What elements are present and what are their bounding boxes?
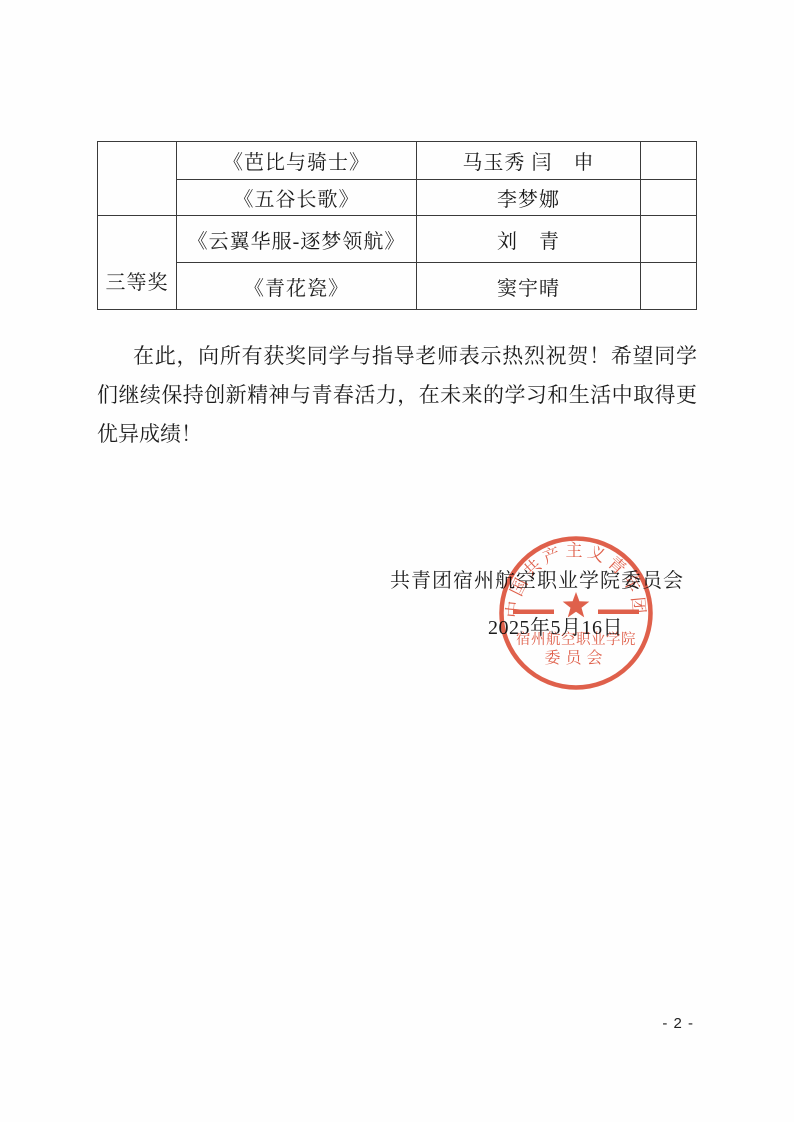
award-table: 《芭比与骑士》 马玉秀 闫 申 《五谷长歌》 李梦娜 三等奖 《云翼华服-逐梦领… bbox=[97, 141, 697, 310]
signature-date: 2025年5月16日 bbox=[488, 611, 623, 640]
table-row: 《芭比与骑士》 马玉秀 闫 申 bbox=[98, 142, 697, 180]
work-title-cell: 《芭比与骑士》 bbox=[177, 142, 417, 180]
empty-cell bbox=[641, 180, 697, 216]
work-title-cell: 《五谷长歌》 bbox=[177, 180, 417, 216]
paragraph-line: 在此，向所有获奖同学与指导老师表示热烈祝贺！希望同学 bbox=[97, 337, 697, 376]
participants-cell: 刘 青 bbox=[417, 216, 641, 263]
empty-cell bbox=[641, 263, 697, 310]
award-group-cell-top bbox=[98, 142, 177, 216]
paragraph-line: 优异成绩！ bbox=[97, 415, 697, 454]
table-row: 三等奖 《云翼华服-逐梦领航》 刘 青 bbox=[98, 216, 697, 263]
signature-organization: 共青团宿州航空职业学院委员会 bbox=[390, 564, 684, 593]
work-title-cell: 《青花瓷》 bbox=[177, 263, 417, 310]
work-title-cell: 《云翼华服-逐梦领航》 bbox=[177, 216, 417, 263]
page-number: - 2 - bbox=[662, 1015, 694, 1032]
paragraph-line: 们继续保持创新精神与青春活力，在未来的学习和生活中取得更 bbox=[97, 376, 697, 415]
participants-cell: 马玉秀 闫 申 bbox=[417, 142, 641, 180]
participants-cell: 李梦娜 bbox=[417, 180, 641, 216]
seal-name-line2: 委员会 bbox=[544, 649, 607, 667]
award-group-cell-third-prize: 三等奖 bbox=[98, 216, 177, 310]
empty-cell bbox=[641, 216, 697, 263]
empty-cell bbox=[641, 142, 697, 180]
closing-paragraph: 在此，向所有获奖同学与指导老师表示热烈祝贺！希望同学 们继续保持创新精神与青春活… bbox=[97, 337, 697, 454]
document-page: 《芭比与骑士》 马玉秀 闫 申 《五谷长歌》 李梦娜 三等奖 《云翼华服-逐梦领… bbox=[0, 0, 794, 1122]
participants-cell: 窦宇晴 bbox=[417, 263, 641, 310]
table-row: 《五谷长歌》 李梦娜 bbox=[98, 180, 697, 216]
table-row: 《青花瓷》 窦宇晴 bbox=[98, 263, 697, 310]
